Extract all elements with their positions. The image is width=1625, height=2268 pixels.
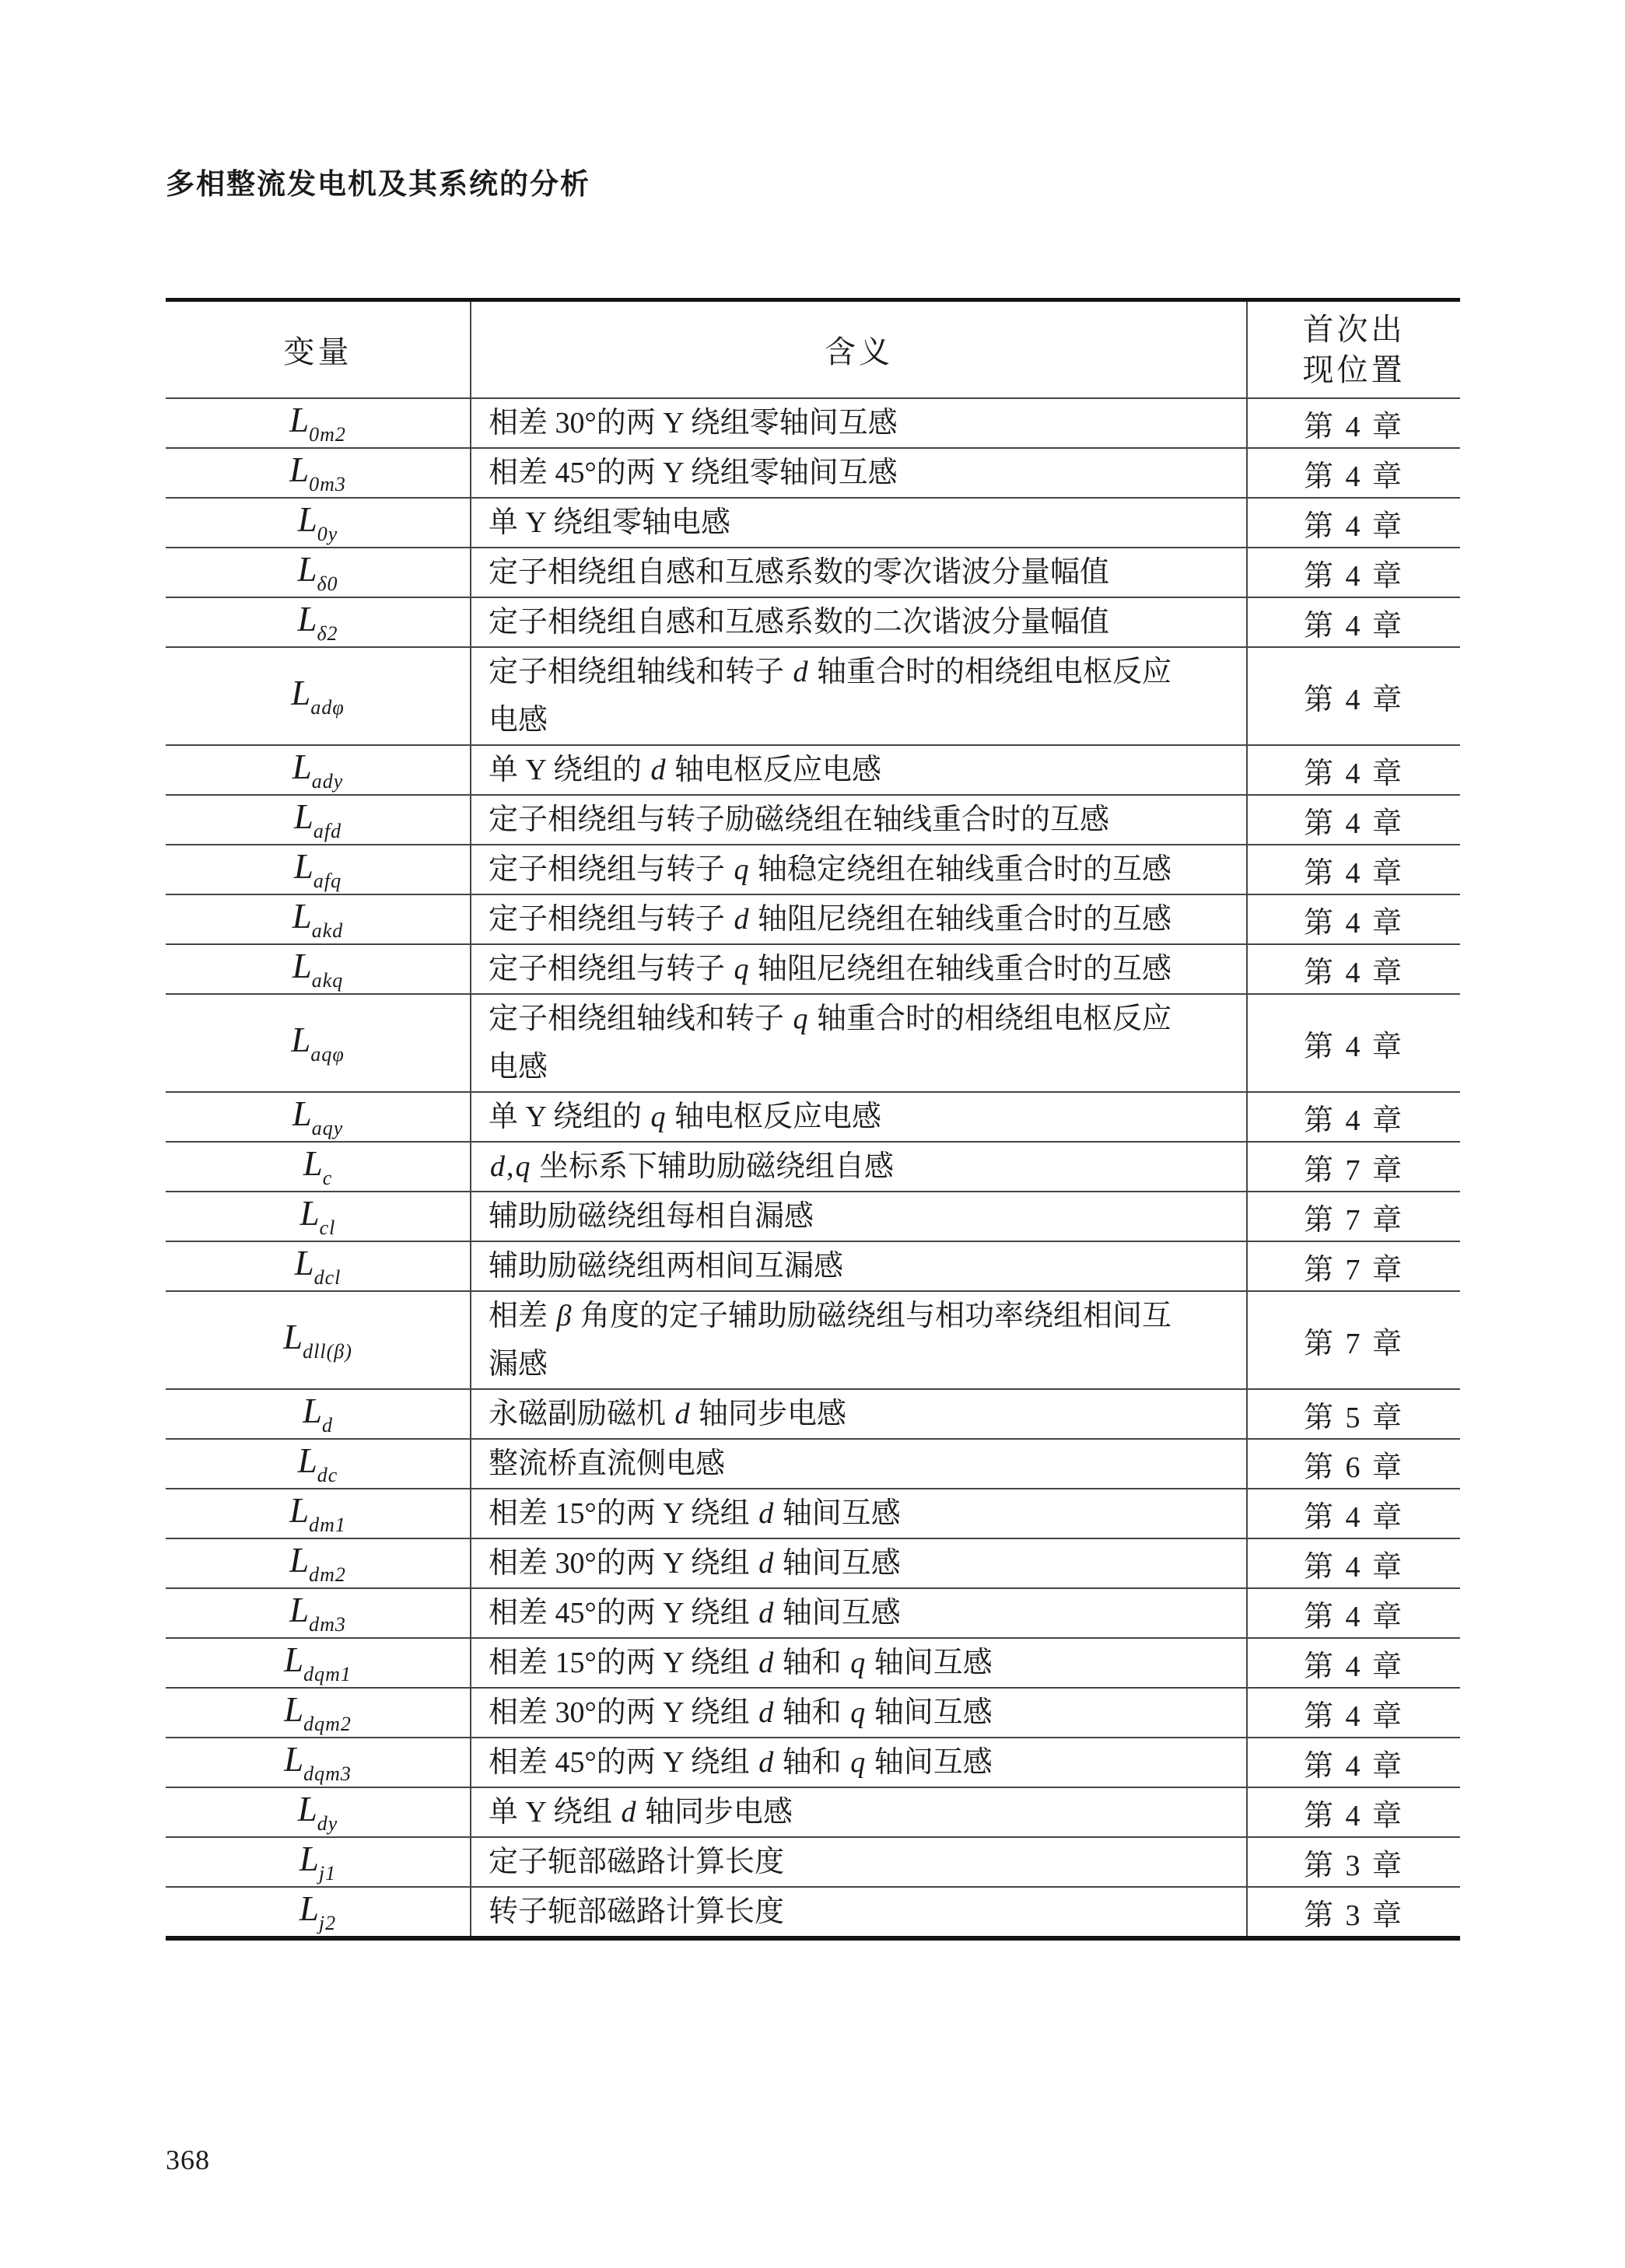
meaning-cell: 相差 30°的两 Y 绕组 d 轴和 q 轴间互感 [471, 1688, 1247, 1738]
table-header-row: 变量 含义 首次出 现位置 [166, 300, 1460, 399]
variable-cell: Ld [166, 1389, 471, 1439]
meaning-cell: d,q 坐标系下辅助励磁绕组自感 [471, 1142, 1247, 1192]
variable-subscript: c [323, 1167, 333, 1189]
italic-symbol: q [849, 1647, 867, 1679]
meaning-cell: 定子相绕组与转子 d 轴阻尼绕组在轴线重合时的互感 [471, 894, 1247, 944]
meaning-cell: 转子轭部磁路计算长度 [471, 1887, 1247, 1938]
variable-symbol: L [299, 1889, 319, 1928]
italic-symbol: d [757, 1696, 775, 1729]
table-row: Laqφ定子相绕组轴线和转子 q 轴重合时的相绕组电枢反应电感第 4 章 [166, 994, 1460, 1092]
variable-subscript: j1 [319, 1862, 336, 1885]
table-body: L0m2相差 30°的两 Y 绕组零轴间互感第 4 章L0m3相差 45°的两 … [166, 398, 1460, 1938]
variable-symbol: L [284, 1740, 303, 1779]
variable-subscript: afd [313, 820, 341, 842]
variable-subscript: aqφ [310, 1043, 344, 1066]
variable-subscript: akd [312, 919, 344, 942]
variable-subscript: dqm3 [303, 1762, 352, 1785]
chapter-cell: 第 4 章 [1247, 498, 1460, 548]
variable-symbol: L [284, 1690, 303, 1729]
chapter-cell: 第 4 章 [1247, 647, 1460, 745]
chapter-cell: 第 5 章 [1247, 1389, 1460, 1439]
variable-cell: Laqφ [166, 994, 471, 1092]
variable-cell: L0m3 [166, 448, 471, 498]
meaning-cell: 单 Y 绕组的 d 轴电枢反应电感 [471, 745, 1247, 795]
table-row: Ld永磁副励磁机 d 轴同步电感第 5 章 [166, 1389, 1460, 1439]
meaning-cell: 相差 30°的两 Y 绕组零轴间互感 [471, 398, 1247, 448]
meaning-cell: 定子相绕组自感和互感系数的二次谐波分量幅值 [471, 597, 1247, 647]
meaning-cell: 相差 30°的两 Y 绕组 d 轴间互感 [471, 1538, 1247, 1588]
table-row: Lakd定子相绕组与转子 d 轴阻尼绕组在轴线重合时的互感第 4 章 [166, 894, 1460, 944]
meaning-cell: 相差 15°的两 Y 绕组 d 轴和 q 轴间互感 [471, 1638, 1247, 1688]
variable-symbol: L [292, 1094, 312, 1133]
variable-symbol: L [294, 797, 313, 836]
meaning-cell: 相差 β 角度的定子辅助励磁绕组与相功率绕组相间互漏感 [471, 1291, 1247, 1389]
table-row: L0y单 Y 绕组零轴电感第 4 章 [166, 498, 1460, 548]
variable-cell: Ldqm2 [166, 1688, 471, 1738]
chapter-cell: 第 4 章 [1247, 944, 1460, 994]
table-row: Ldm2相差 30°的两 Y 绕组 d 轴间互感第 4 章 [166, 1538, 1460, 1588]
meaning-cell: 相差 45°的两 Y 绕组零轴间互感 [471, 448, 1247, 498]
table-row: Lakq定子相绕组与转子 q 轴阻尼绕组在轴线重合时的互感第 4 章 [166, 944, 1460, 994]
italic-symbol: β [555, 1300, 573, 1332]
variable-symbol: L [291, 1020, 310, 1059]
symbol-table: 变量 含义 首次出 现位置 L0m2相差 30°的两 Y 绕组零轴间互感第 4 … [166, 298, 1460, 1941]
meaning-cell: 相差 45°的两 Y 绕组 d 轴间互感 [471, 1588, 1247, 1638]
variable-cell: Ldm2 [166, 1538, 471, 1588]
table-row: L0m3相差 45°的两 Y 绕组零轴间互感第 4 章 [166, 448, 1460, 498]
variable-symbol: L [284, 1640, 303, 1679]
col-header-variable: 变量 [166, 300, 471, 399]
table-row: Ldm1相差 15°的两 Y 绕组 d 轴间互感第 4 章 [166, 1489, 1460, 1538]
variable-cell: Ldcl [166, 1241, 471, 1291]
variable-cell: Ldm3 [166, 1588, 471, 1638]
meaning-cell: 定子相绕组轴线和转子 q 轴重合时的相绕组电枢反应电感 [471, 994, 1247, 1092]
italic-symbol: q [733, 853, 751, 886]
table-row: Lj2转子轭部磁路计算长度第 3 章 [166, 1887, 1460, 1938]
variable-subscript: dll(β) [303, 1340, 352, 1363]
chapter-cell: 第 4 章 [1247, 1738, 1460, 1787]
italic-symbol: q [514, 1150, 532, 1183]
variable-subscript: cl [320, 1216, 336, 1239]
italic-symbol: q [733, 953, 751, 985]
variable-symbol: L [283, 1318, 303, 1356]
table-row: Ldqm3相差 45°的两 Y 绕组 d 轴和 q 轴间互感第 4 章 [166, 1738, 1460, 1787]
page-number: 368 [166, 2144, 210, 2176]
meaning-cell: 定子相绕组与转子励磁绕组在轴线重合时的互感 [471, 795, 1247, 845]
col-header-first-appearance-line2: 现位置 [1248, 350, 1460, 390]
variable-subscript: dm1 [309, 1514, 346, 1536]
variable-symbol: L [303, 1391, 322, 1430]
table-row: Laqy单 Y 绕组的 q 轴电枢反应电感第 4 章 [166, 1092, 1460, 1142]
variable-symbol: L [289, 1591, 309, 1629]
italic-symbol: q [650, 1101, 667, 1133]
variable-cell: Lj1 [166, 1837, 471, 1887]
chapter-cell: 第 7 章 [1247, 1241, 1460, 1291]
chapter-cell: 第 7 章 [1247, 1142, 1460, 1192]
italic-symbol: d [650, 754, 667, 786]
variable-cell: Ldll(β) [166, 1291, 471, 1389]
variable-symbol: L [292, 947, 312, 985]
chapter-cell: 第 4 章 [1247, 795, 1460, 845]
chapter-cell: 第 4 章 [1247, 597, 1460, 647]
italic-symbol: d [757, 1547, 775, 1580]
variable-subscript: adφ [310, 696, 344, 719]
meaning-cell: 单 Y 绕组的 q 轴电枢反应电感 [471, 1092, 1247, 1142]
chapter-cell: 第 4 章 [1247, 894, 1460, 944]
chapter-cell: 第 4 章 [1247, 1092, 1460, 1142]
variable-symbol: L [289, 1541, 309, 1580]
variable-cell: L0y [166, 498, 471, 548]
meaning-cell: 定子相绕组轴线和转子 d 轴重合时的相绕组电枢反应电感 [471, 647, 1247, 745]
variable-subscript: 0y [317, 523, 338, 545]
variable-subscript: δ2 [317, 622, 338, 645]
chapter-cell: 第 4 章 [1247, 1638, 1460, 1688]
col-header-first-appearance-line1: 首次出 [1248, 310, 1460, 350]
meaning-cell: 单 Y 绕组 d 轴同步电感 [471, 1787, 1247, 1837]
variable-symbol: L [300, 1194, 320, 1233]
variable-cell: Lj2 [166, 1887, 471, 1938]
variable-subscript: akq [312, 969, 344, 992]
italic-symbol: d [733, 903, 751, 936]
variable-subscript: dm3 [309, 1613, 346, 1636]
variable-symbol: L [297, 550, 317, 589]
variable-subscript: d [322, 1414, 333, 1437]
meaning-cell: 定子相绕组与转子 q 轴稳定绕组在轴线重合时的互感 [471, 845, 1247, 894]
chapter-cell: 第 4 章 [1247, 1688, 1460, 1738]
table-row: Lcd,q 坐标系下辅助励磁绕组自感第 7 章 [166, 1142, 1460, 1192]
chapter-cell: 第 4 章 [1247, 1489, 1460, 1538]
meaning-cell: 相差 45°的两 Y 绕组 d 轴和 q 轴间互感 [471, 1738, 1247, 1787]
meaning-cell: 定子轭部磁路计算长度 [471, 1837, 1247, 1887]
variable-symbol: L [292, 897, 312, 936]
variable-subscript: dc [317, 1464, 338, 1486]
variable-subscript: 0m3 [309, 473, 346, 495]
italic-symbol: d [757, 1597, 775, 1629]
variable-symbol: L [297, 600, 317, 639]
variable-subscript: 0m2 [309, 423, 346, 446]
meaning-cell: 整流桥直流侧电感 [471, 1439, 1247, 1489]
variable-cell: Lakd [166, 894, 471, 944]
meaning-cell: 辅助励磁绕组两相间互漏感 [471, 1241, 1247, 1291]
table-row: Lcl辅助励磁绕组每相自漏感第 7 章 [166, 1192, 1460, 1241]
meaning-cell: 定子相绕组与转子 q 轴阻尼绕组在轴线重合时的互感 [471, 944, 1247, 994]
variable-symbol: L [298, 1441, 317, 1480]
chapter-cell: 第 4 章 [1247, 548, 1460, 597]
italic-symbol: d [757, 1497, 775, 1530]
variable-cell: L0m2 [166, 398, 471, 448]
variable-cell: Lc [166, 1142, 471, 1192]
chapter-cell: 第 4 章 [1247, 448, 1460, 498]
variable-symbol: L [289, 401, 309, 439]
chapter-cell: 第 4 章 [1247, 398, 1460, 448]
variable-cell: Ldm1 [166, 1489, 471, 1538]
chapter-cell: 第 4 章 [1247, 994, 1460, 1092]
variable-cell: Ladφ [166, 647, 471, 745]
variable-subscript: aqy [312, 1117, 344, 1139]
variable-cell: Lδ0 [166, 548, 471, 597]
variable-cell: Ldqm1 [166, 1638, 471, 1688]
meaning-cell: 永磁副励磁机 d 轴同步电感 [471, 1389, 1247, 1439]
italic-symbol: d [792, 656, 810, 688]
table-row: Ladφ定子相绕组轴线和转子 d 轴重合时的相绕组电枢反应电感第 4 章 [166, 647, 1460, 745]
col-header-first-appearance: 首次出 现位置 [1247, 300, 1460, 399]
variable-cell: Lδ2 [166, 597, 471, 647]
chapter-cell: 第 6 章 [1247, 1439, 1460, 1489]
meaning-cell: 单 Y 绕组零轴电感 [471, 498, 1247, 548]
table-row: L0m2相差 30°的两 Y 绕组零轴间互感第 4 章 [166, 398, 1460, 448]
variable-subscript: dcl [314, 1266, 341, 1289]
table-row: Lj1定子轭部磁路计算长度第 3 章 [166, 1837, 1460, 1887]
italic-symbol: q [849, 1696, 867, 1729]
variable-symbol: L [294, 847, 313, 886]
table-row: Lafd定子相绕组与转子励磁绕组在轴线重合时的互感第 4 章 [166, 795, 1460, 845]
table-row: Ldy单 Y 绕组 d 轴同步电感第 4 章 [166, 1787, 1460, 1837]
chapter-cell: 第 3 章 [1247, 1837, 1460, 1887]
italic-symbol: q [792, 1003, 810, 1035]
italic-symbol: q [849, 1746, 867, 1779]
chapter-cell: 第 4 章 [1247, 1588, 1460, 1638]
variable-subscript: afq [313, 870, 341, 892]
table-row: Ldll(β)相差 β 角度的定子辅助励磁绕组与相功率绕组相间互漏感第 7 章 [166, 1291, 1460, 1389]
meaning-cell: 定子相绕组自感和互感系数的零次谐波分量幅值 [471, 548, 1247, 597]
variable-cell: Lafd [166, 795, 471, 845]
variable-cell: Ldy [166, 1787, 471, 1837]
variable-subscript: j2 [319, 1912, 336, 1934]
chapter-cell: 第 3 章 [1247, 1887, 1460, 1938]
chapter-cell: 第 4 章 [1247, 845, 1460, 894]
italic-symbol: d [757, 1746, 775, 1779]
variable-subscript: ady [312, 770, 344, 793]
chapter-cell: 第 4 章 [1247, 1787, 1460, 1837]
variable-subscript: δ0 [317, 572, 338, 595]
variable-cell: Lcl [166, 1192, 471, 1241]
variable-symbol: L [303, 1144, 323, 1183]
variable-subscript: dm2 [309, 1563, 346, 1586]
variable-cell: Ldqm3 [166, 1738, 471, 1787]
meaning-cell: 辅助励磁绕组每相自漏感 [471, 1192, 1247, 1241]
table-row: Lady单 Y 绕组的 d 轴电枢反应电感第 4 章 [166, 745, 1460, 795]
table-row: Lδ2定子相绕组自感和互感系数的二次谐波分量幅值第 4 章 [166, 597, 1460, 647]
variable-symbol: L [295, 1244, 314, 1283]
table-row: Ldqm1相差 15°的两 Y 绕组 d 轴和 q 轴间互感第 4 章 [166, 1638, 1460, 1688]
table-row: Ldqm2相差 30°的两 Y 绕组 d 轴和 q 轴间互感第 4 章 [166, 1688, 1460, 1738]
chapter-cell: 第 7 章 [1247, 1291, 1460, 1389]
variable-symbol: L [299, 1839, 319, 1878]
variable-cell: Lady [166, 745, 471, 795]
meaning-cell: 相差 15°的两 Y 绕组 d 轴间互感 [471, 1489, 1247, 1538]
variable-symbol: L [289, 1491, 309, 1530]
variable-symbol: L [292, 747, 312, 786]
variable-symbol: L [291, 674, 310, 712]
chapter-cell: 第 4 章 [1247, 1538, 1460, 1588]
chapter-cell: 第 4 章 [1247, 745, 1460, 795]
variable-symbol: L [289, 450, 309, 489]
variable-subscript: dy [317, 1812, 338, 1835]
variable-cell: Lakq [166, 944, 471, 994]
italic-symbol: d [620, 1796, 638, 1829]
variable-subscript: dqm2 [303, 1713, 352, 1735]
italic-symbol: d [757, 1647, 775, 1679]
variable-cell: Lafq [166, 845, 471, 894]
chapter-cell: 第 7 章 [1247, 1192, 1460, 1241]
table-row: Lδ0定子相绕组自感和互感系数的零次谐波分量幅值第 4 章 [166, 548, 1460, 597]
col-header-meaning: 含义 [471, 300, 1247, 399]
variable-cell: Ldc [166, 1439, 471, 1489]
running-header: 多相整流发电机及其系统的分析 [166, 160, 590, 202]
table-row: Ldcl辅助励磁绕组两相间互漏感第 7 章 [166, 1241, 1460, 1291]
italic-symbol: d [489, 1150, 506, 1183]
variable-symbol: L [298, 500, 317, 539]
table-row: Ldm3相差 45°的两 Y 绕组 d 轴间互感第 4 章 [166, 1588, 1460, 1638]
table-row: Ldc整流桥直流侧电感第 6 章 [166, 1439, 1460, 1489]
table-row: Lafq定子相绕组与转子 q 轴稳定绕组在轴线重合时的互感第 4 章 [166, 845, 1460, 894]
variable-subscript: dqm1 [303, 1663, 352, 1685]
variable-symbol: L [298, 1790, 317, 1829]
italic-symbol: d [674, 1398, 692, 1430]
variable-cell: Laqy [166, 1092, 471, 1142]
